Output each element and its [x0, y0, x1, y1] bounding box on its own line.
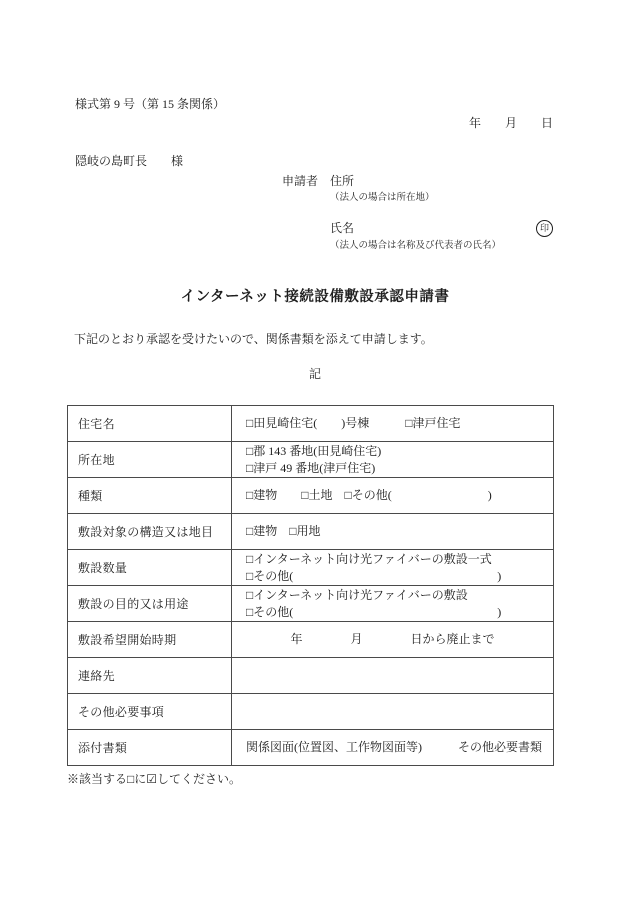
- table-row: 連絡先: [68, 658, 554, 694]
- corporate-name-note: （法人の場合は名称及び代表者の氏名）: [330, 240, 501, 253]
- value-line: 年 月 日から廃止まで: [232, 631, 553, 648]
- table-row: 敷設対象の構造又は地目 □建物 □用地: [68, 514, 554, 550]
- checkbox-instruction-note: ※該当する□に☑してください。: [67, 771, 241, 787]
- row-label: 敷設希望開始時期: [68, 622, 232, 658]
- table-row: 種類 □建物 □土地 □その他( ): [68, 478, 554, 514]
- document-page: 様式第 9 号（第 15 条関係） 年 月 日 隠岐の島町長 様 申請者 住所 …: [0, 0, 630, 903]
- table-row: 所在地 □郡 143 番地(田見崎住宅) □津戸 49 番地(津戸住宅): [68, 442, 554, 478]
- row-label: その他必要事項: [68, 694, 232, 730]
- value-line: 関係図面(位置図、工作物図面等) その他必要書類: [246, 739, 553, 756]
- date-line: 年 月 日: [469, 115, 553, 131]
- applicant-name-label: 氏名: [330, 220, 354, 236]
- row-value: □建物 □用地: [232, 514, 554, 550]
- row-value: 年 月 日から廃止まで: [232, 622, 554, 658]
- value-line: □その他( ): [246, 568, 553, 585]
- table-row: 敷設の目的又は用途 □インターネット向け光ファイバーの敷設 □その他( ): [68, 586, 554, 622]
- row-value: 関係図面(位置図、工作物図面等) その他必要書類: [232, 730, 554, 766]
- table-row: その他必要事項: [68, 694, 554, 730]
- document-title: インターネット接続設備敷設承認申請書: [0, 288, 630, 307]
- row-value: □インターネット向け光ファイバーの敷設 □その他( ): [232, 586, 554, 622]
- table-row: 敷設希望開始時期 年 月 日から廃止まで: [68, 622, 554, 658]
- row-value: □田見崎住宅( )号棟 □津戸住宅: [232, 406, 554, 442]
- value-line: □インターネット向け光ファイバーの敷設一式: [246, 551, 553, 568]
- seal-icon: 印: [536, 220, 553, 237]
- row-label: 住宅名: [68, 406, 232, 442]
- applicant-address-label: 申請者 住所: [282, 173, 354, 189]
- table-row: 敷設数量 □インターネット向け光ファイバーの敷設一式 □その他( ): [68, 550, 554, 586]
- row-label: 敷設対象の構造又は地目: [68, 514, 232, 550]
- row-label: 所在地: [68, 442, 232, 478]
- row-value: [232, 694, 554, 730]
- row-label: 種類: [68, 478, 232, 514]
- intro-text: 下記のとおり承認を受けたいので、関係書類を添えて申請します。: [74, 331, 433, 347]
- row-label: 添付書類: [68, 730, 232, 766]
- corporate-address-note: （法人の場合は所在地）: [330, 192, 435, 205]
- record-heading: 記: [0, 366, 630, 382]
- form-number: 様式第 9 号（第 15 条関係）: [75, 96, 225, 112]
- value-line: □郡 143 番地(田見崎住宅): [246, 443, 553, 460]
- row-value: [232, 658, 554, 694]
- row-label: 連絡先: [68, 658, 232, 694]
- value-line: □その他( ): [246, 604, 553, 621]
- row-value: □建物 □土地 □その他( ): [232, 478, 554, 514]
- row-value: □郡 143 番地(田見崎住宅) □津戸 49 番地(津戸住宅): [232, 442, 554, 478]
- row-value: □インターネット向け光ファイバーの敷設一式 □その他( ): [232, 550, 554, 586]
- row-label: 敷設の目的又は用途: [68, 586, 232, 622]
- addressee: 隠岐の島町長 様: [75, 153, 183, 169]
- application-table: 住宅名 □田見崎住宅( )号棟 □津戸住宅 所在地 □郡 143 番地(田見崎住…: [67, 405, 554, 766]
- table-row: 住宅名 □田見崎住宅( )号棟 □津戸住宅: [68, 406, 554, 442]
- row-label: 敷設数量: [68, 550, 232, 586]
- value-line: □津戸 49 番地(津戸住宅): [246, 460, 553, 477]
- value-line: □建物 □土地 □その他( ): [246, 487, 553, 504]
- value-line: □インターネット向け光ファイバーの敷設: [246, 587, 553, 604]
- value-line: □建物 □用地: [246, 523, 553, 540]
- value-line: □田見崎住宅( )号棟 □津戸住宅: [246, 415, 553, 432]
- table-row: 添付書類 関係図面(位置図、工作物図面等) その他必要書類: [68, 730, 554, 766]
